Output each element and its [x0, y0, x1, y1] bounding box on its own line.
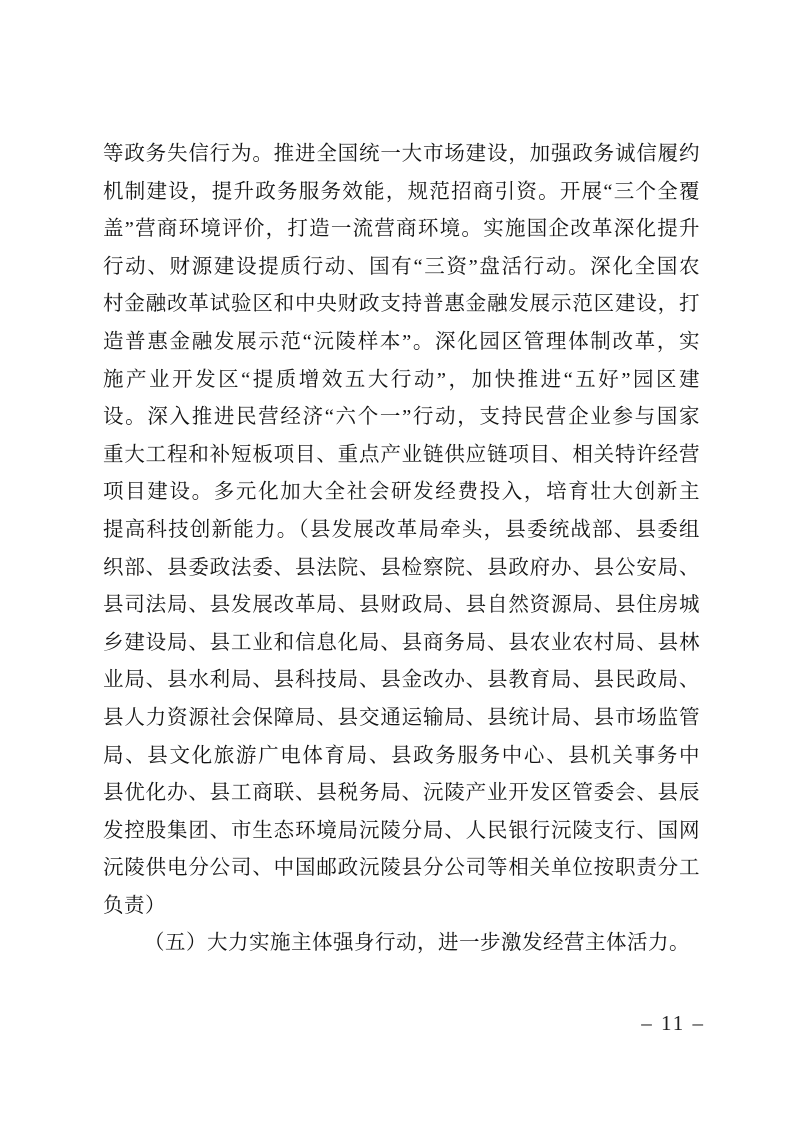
paragraph-line: 行动、财源建设提质行动、国有“三资”盘活行动。深化全国农 [103, 249, 700, 287]
paragraph-line: 县人力资源社会保障局、县交通运输局、县统计局、县市场监管 [103, 700, 700, 738]
paragraph-line: 县优化办、县工商联、县税务局、沅陵产业开发区管委会、县辰 [103, 775, 700, 813]
paragraph-line: 业局、县水利局、县科技局、县金改办、县教育局、县民政局、 [103, 662, 700, 700]
paragraph-line: 局、县文化旅游广电体育局、县政务服务中心、县机关事务中心、 [103, 738, 700, 776]
paragraph-line: 织部、县委政法委、县法院、县检察院、县政府办、县公安局、 [103, 550, 700, 588]
paragraph-line: 负责） [103, 888, 700, 926]
body-text-block: 等政务失信行为。推进全国统一大市场建设，加强政务诚信履约 机制建设，提升政务服务… [103, 136, 700, 963]
paragraph-line: 机制建设，提升政务服务效能，规范招商引资。开展“三个全覆 [103, 174, 700, 212]
paragraph-line: 沅陵供电分公司、中国邮政沅陵县分公司等相关单位按职责分工 [103, 850, 700, 888]
page-number: – 11 – [641, 1008, 705, 1038]
paragraph-line: 村金融改革试验区和中央财政支持普惠金融发展示范区建设，打 [103, 286, 700, 324]
paragraph-line: 乡建设局、县工业和信息化局、县商务局、县农业农村局、县林 [103, 625, 700, 663]
document-page: 等政务失信行为。推进全国统一大市场建设，加强政务诚信履约 机制建设，提升政务服务… [0, 0, 793, 1122]
paragraph-line: 盖”营商环境评价，打造一流营商环境。实施国企改革深化提升 [103, 211, 700, 249]
paragraph-line: 设。深入推进民营经济“六个一”行动，支持民营企业参与国家 [103, 399, 700, 437]
paragraph-line: 县司法局、县发展改革局、县财政局、县自然资源局、县住房城 [103, 587, 700, 625]
paragraph-line: 等政务失信行为。推进全国统一大市场建设，加强政务诚信履约 [103, 136, 700, 174]
paragraph-line: 重大工程和补短板项目、重点产业链供应链项目、相关特许经营 [103, 437, 700, 475]
paragraph-line: 施产业开发区“提质增效五大行动”，加快推进“五好”园区建 [103, 362, 700, 400]
paragraph-line: 发控股集团、市生态环境局沅陵分局、人民银行沅陵支行、国网 [103, 813, 700, 851]
paragraph-line: 提高科技创新能力。（县发展改革局牵头，县委统战部、县委组 [103, 512, 700, 550]
paragraph-line: 造普惠金融发展示范“沅陵样本”。深化园区管理体制改革，实 [103, 324, 700, 362]
section-heading-line: （五）大力实施主体强身行动，进一步激发经营主体活力。 [103, 925, 700, 963]
paragraph-line: 项目建设。多元化加大全社会研发经费投入，培育壮大创新主体， [103, 474, 700, 512]
